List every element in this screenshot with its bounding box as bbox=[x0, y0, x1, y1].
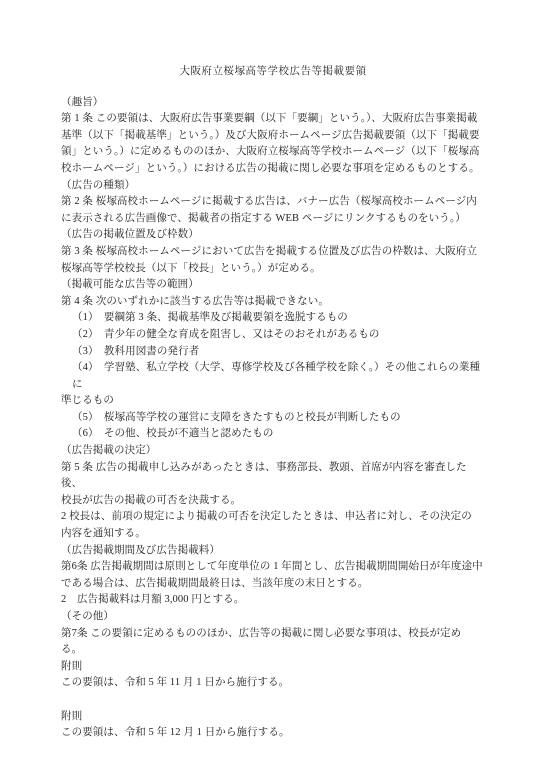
document-line: 校ホームページ」という。）における広告の掲載に関し必要な事項を定めるものとする。 bbox=[61, 161, 485, 178]
document-line: 第 5 条 広告の掲載申し込みがあったときは、事務部長、教頭、首席が内容を審査し… bbox=[61, 460, 485, 493]
document-line: （趣旨） bbox=[61, 95, 485, 112]
document-line: 第 1 条 この要領は、大阪府広告事業要綱（以下「要綱」という。）、大阪府広告事… bbox=[61, 111, 485, 128]
document-page: 大阪府立桜塚高等学校広告等掲載要領 （趣旨）第 1 条 この要領は、大阪府広告事… bbox=[0, 0, 543, 768]
document-line: （その他） bbox=[61, 609, 485, 626]
document-line: （掲載可能な広告等の範囲） bbox=[61, 277, 485, 294]
document-line: 校長が広告の掲載の可否を決裁する。 bbox=[61, 493, 485, 510]
document-line: 2 広告掲載料は月額 3,000 円とする。 bbox=[61, 592, 485, 609]
document-line: 準じるもの bbox=[61, 393, 485, 410]
document-line: 領」という。）に定めるもののほか、大阪府立桜塚高等学校ホームページ（以下「桜塚高 bbox=[61, 144, 485, 161]
document-line: （5） 桜塚高等学校の運営に支障をきたすものと校長が判断したもの bbox=[61, 410, 485, 427]
document-line: （3） 教科用図書の発行者 bbox=[61, 344, 485, 361]
document-line: 第 4 条 次のいずれかに該当する広告等は掲載できない。 bbox=[61, 294, 485, 311]
document-line: 第7条 この要領に定めるもののほか、広告等の掲載に関し必要な事項は、校長が定め bbox=[61, 626, 485, 643]
document-line: （広告掲載の決定） bbox=[61, 443, 485, 460]
document-line: （1） 要綱第 3 条、掲載基準及び掲載要領を逸脱するもの bbox=[61, 310, 485, 327]
document-line: 基準（以下「掲載基準」という。）及び大阪府ホームページ広告掲載要領（以下「掲載要 bbox=[61, 128, 485, 145]
blank-line bbox=[61, 692, 485, 709]
document-body: （趣旨）第 1 条 この要領は、大阪府広告事業要綱（以下「要綱」という。）、大阪… bbox=[61, 95, 485, 742]
document-line: この要領は、令和 5 年 11 月 1 日から施行する。 bbox=[61, 675, 485, 692]
document-line: （広告の種類） bbox=[61, 178, 485, 195]
document-line: 附則 bbox=[61, 659, 485, 676]
document-line: である場合は、広告掲載期間最終日は、当該年度の末日とする。 bbox=[61, 576, 485, 593]
document-line: 附則 bbox=[61, 709, 485, 726]
document-line: （広告の掲載位置及び枠数） bbox=[61, 227, 485, 244]
document-line: る。 bbox=[61, 642, 485, 659]
document-title: 大阪府立桜塚高等学校広告等掲載要領 bbox=[61, 64, 485, 81]
document-line: 2 校長は、前項の規定により掲載の可否を決定したときは、申込者に対し、その決定の bbox=[61, 509, 485, 526]
document-line: 桜塚高等学校校長（以下「校長」という。）が定める。 bbox=[61, 261, 485, 278]
document-line: （4） 学習塾、私立学校（大学、専修学校及び各種学校を除く。）その他これらの業種… bbox=[61, 360, 485, 393]
document-line: この要領は、令和 5 年 12 月 1 日から施行する。 bbox=[61, 725, 485, 742]
document-line: 第 2 条 桜塚高校ホームページに掲載する広告は、バナー広告（桜塚高校ホームペー… bbox=[61, 194, 485, 211]
document-line: （6） その他、校長が不適当と認めたもの bbox=[61, 426, 485, 443]
document-line: 内容を通知する。 bbox=[61, 526, 485, 543]
document-line: （2） 青少年の健全な育成を阻害し、又はそのおそれがあるもの bbox=[61, 327, 485, 344]
document-line: 第6条 広告掲載期間は原則として年度単位の 1 年間とし、広告掲載期間開始日が年… bbox=[61, 559, 485, 576]
document-line: （広告掲載期間及び広告掲載料） bbox=[61, 543, 485, 560]
document-line: に表示される広告画像で、掲載者の指定する WEB ページにリンクするものをいう。… bbox=[61, 211, 485, 228]
document-line: 第 3 条 桜塚高校ホームページにおいて広告を掲載する位置及び広告の枠数は、大阪… bbox=[61, 244, 485, 261]
